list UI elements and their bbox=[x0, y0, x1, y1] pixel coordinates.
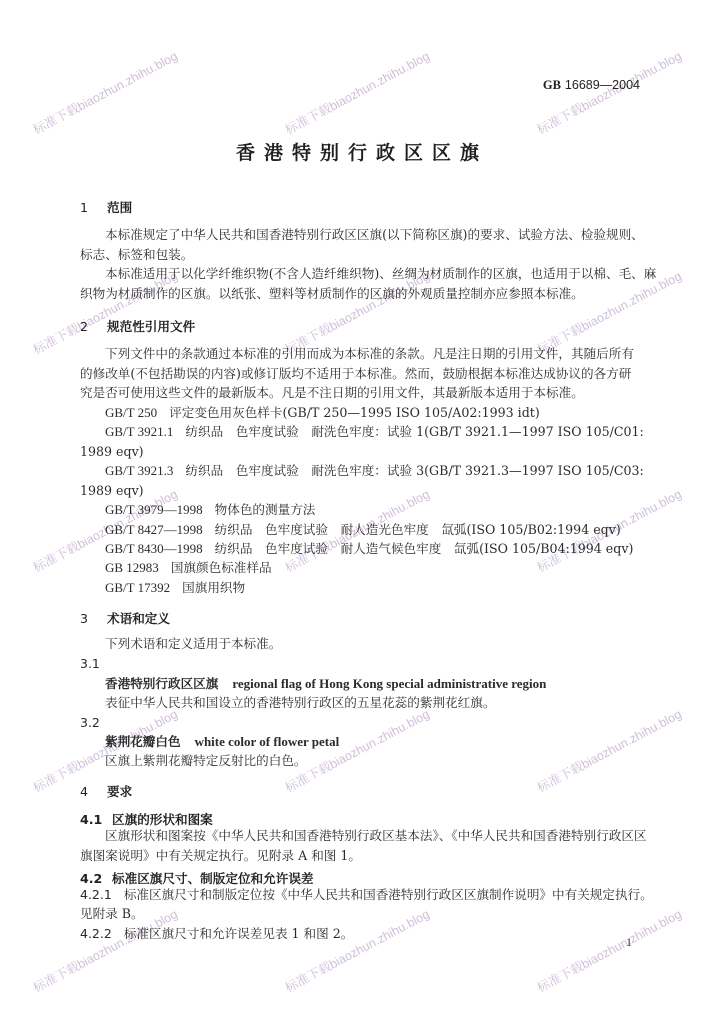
paragraph-line: 下列文件中的条款通过本标准的引用而成为本标准的条款。凡是注日期的引用文件，其随后… bbox=[105, 345, 634, 363]
paragraph-line: 本标准适用于以化学纤维织物(不含人造纤维织物)、丝绸为材质制作的区旗，也适用于以… bbox=[105, 265, 656, 283]
standard-prefix: GB bbox=[543, 78, 561, 92]
paragraph-line: 旗图案说明》中有关规定执行。见附录 A 和图 1。 bbox=[80, 847, 361, 865]
reference-code: GB/T 250 bbox=[105, 404, 157, 422]
reference-code: GB/T 3921.1 bbox=[105, 423, 173, 441]
reference-title: 纺织品 色牢度试验 耐人造气候色牢度 氙弧(ISO 105/B04:1994 e… bbox=[215, 541, 634, 556]
reference-item: GB/T 17392国旗用织物 bbox=[105, 579, 245, 597]
clause-text: 标准区旗尺寸和允许误差见表 1 和图 2。 bbox=[124, 926, 354, 941]
reference-title: 评定变色用灰色样卡(GB/T 250—1995 ISO 105/A02:1993… bbox=[169, 405, 540, 420]
section-number: 2 bbox=[80, 319, 107, 334]
clause-4-2-1: 4.2.1标准区旗尺寸和制版定位按《中华人民共和国香港特别行政区区旗制作说明》中… bbox=[80, 886, 653, 904]
subsection-heading-4-2: 4.2标准区旗尺寸、制版定位和允许误差 bbox=[80, 868, 314, 887]
clause-4-2-2: 4.2.2标准区旗尺寸和允许误差见表 1 和图 2。 bbox=[80, 925, 353, 943]
term-entry: 紫荆花瓣白色white color of flower petal bbox=[105, 733, 339, 751]
clause-text: 标准区旗尺寸和制版定位按《中华人民共和国香港特别行政区区旗制作说明》中有关规定执… bbox=[124, 887, 653, 902]
section-title: 要求 bbox=[107, 784, 132, 799]
paragraph-line: 织物为材质制作的区旗。以纸张、塑料等材质制作的区旗的外观质量控制亦应参照本标准。 bbox=[80, 285, 584, 303]
reference-continuation: 1989 eqv) bbox=[80, 443, 144, 461]
reference-item: GB/T 250评定变色用灰色样卡(GB/T 250—1995 ISO 105/… bbox=[105, 404, 540, 422]
reference-code: GB 12983 bbox=[105, 559, 159, 577]
watermark: 标准下载biaozhun.zhihu.blog bbox=[534, 904, 685, 996]
standard-code: GB16689—2004 bbox=[543, 78, 640, 93]
document-title: 香港特别行政区区旗 bbox=[0, 138, 724, 165]
watermark: 标准下载biaozhun.zhihu.blog bbox=[282, 46, 433, 138]
clause-number: 4.2.1 bbox=[80, 887, 112, 902]
reference-code: GB/T 3979—1998 bbox=[105, 501, 203, 519]
section-heading-2: 2规范性引用文件 bbox=[80, 316, 195, 335]
term-entry: 香港特别行政区区旗regional flag of Hong Kong spec… bbox=[105, 675, 546, 693]
section-title: 范围 bbox=[107, 200, 132, 215]
term-english: white color of flower petal bbox=[195, 734, 340, 749]
subsection-title: 区旗的形状和图案 bbox=[112, 812, 213, 827]
standard-number: 16689—2004 bbox=[565, 78, 640, 92]
section-title: 规范性引用文件 bbox=[107, 319, 195, 334]
reference-continuation: 1989 eqv) bbox=[80, 482, 144, 500]
reference-title: 纺织品 色牢度试验 耐洗色牢度：试验 1(GB/T 3921.1—1997 IS… bbox=[185, 424, 643, 439]
reference-title: 国旗颜色标准样品 bbox=[171, 560, 272, 575]
section-title: 术语和定义 bbox=[107, 611, 170, 626]
reference-code: GB/T 8430—1998 bbox=[105, 540, 203, 558]
section-number: 3 bbox=[80, 611, 107, 626]
paragraph-line: 的修改单(不包括勘误的内容)或修订版均不适用于本标准。然而，鼓励根据本标准达成协… bbox=[80, 365, 631, 383]
section-heading-4: 4要求 bbox=[80, 781, 132, 800]
reference-title: 国旗用织物 bbox=[182, 580, 245, 595]
term-number: 3.1 bbox=[80, 655, 100, 673]
subsection-number: 4.1 bbox=[80, 812, 112, 827]
paragraph-line: 本标准规定了中华人民共和国香港特别行政区区旗(以下简称区旗)的要求、试验方法、检… bbox=[105, 226, 644, 244]
subsection-title: 标准区旗尺寸、制版定位和允许误差 bbox=[112, 871, 314, 886]
reference-code: GB/T 8427—1998 bbox=[105, 521, 203, 539]
term-english: regional flag of Hong Kong special admin… bbox=[232, 676, 546, 691]
reference-item: GB/T 3979—1998物体色的测量方法 bbox=[105, 501, 315, 519]
document-page: 标准下载biaozhun.zhihu.blog 标准下载biaozhun.zhi… bbox=[0, 0, 724, 1024]
reference-item: GB/T 8430—1998纺织品 色牢度试验 耐人造气候色牢度 氙弧(ISO … bbox=[105, 540, 633, 558]
paragraph-line: 区旗形状和图案按《中华人民共和国香港特别行政区基本法》、《中华人民共和国香港特别… bbox=[105, 827, 647, 845]
term-definition: 区旗上紫荆花瓣特定反射比的白色。 bbox=[105, 752, 307, 770]
term-number: 3.2 bbox=[80, 714, 100, 732]
page-number: 1 bbox=[626, 935, 632, 950]
reference-item: GB/T 8427—1998纺织品 色牢度试验 耐人造光色牢度 氙弧(ISO 1… bbox=[105, 521, 621, 539]
term-definition: 表征中华人民共和国设立的香港特别行政区的五星花蕊的紫荆花红旗。 bbox=[105, 694, 495, 712]
watermark: 标准下载biaozhun.zhihu.blog bbox=[282, 904, 433, 996]
subsection-number: 4.2 bbox=[80, 871, 112, 886]
section-heading-3: 3术语和定义 bbox=[80, 608, 170, 627]
paragraph-line: 见附录 B。 bbox=[80, 905, 144, 923]
clause-number: 4.2.2 bbox=[80, 926, 112, 941]
watermark: 标准下载biaozhun.zhihu.blog bbox=[30, 46, 181, 138]
reference-item: GB/T 3921.3纺织品 色牢度试验 耐洗色牢度：试验 3(GB/T 392… bbox=[105, 462, 644, 480]
subsection-heading-4-1: 4.1区旗的形状和图案 bbox=[80, 809, 213, 828]
paragraph-line: 下列术语和定义适用于本标准。 bbox=[105, 635, 281, 653]
term-chinese: 紫荆花瓣白色 bbox=[105, 734, 181, 749]
section-number: 1 bbox=[80, 200, 107, 215]
reference-title: 纺织品 色牢度试验 耐人造光色牢度 氙弧(ISO 105/B02:1994 eq… bbox=[215, 522, 621, 537]
reference-title: 纺织品 色牢度试验 耐洗色牢度：试验 3(GB/T 3921.3—1997 IS… bbox=[185, 463, 643, 478]
reference-item: GB/T 3921.1纺织品 色牢度试验 耐洗色牢度：试验 1(GB/T 392… bbox=[105, 423, 644, 441]
term-chinese: 香港特别行政区区旗 bbox=[105, 676, 218, 691]
reference-code: GB/T 17392 bbox=[105, 579, 170, 597]
reference-code: GB/T 3921.3 bbox=[105, 462, 173, 480]
watermark: 标准下载biaozhun.zhihu.blog bbox=[534, 704, 685, 796]
paragraph-line: 究是否可使用这些文件的最新版本。凡是不注日期的引用文件，其最新版本适用于本标准。 bbox=[80, 384, 584, 402]
section-number: 4 bbox=[80, 784, 107, 799]
reference-title: 物体色的测量方法 bbox=[215, 502, 316, 517]
section-heading-1: 1范围 bbox=[80, 197, 132, 216]
paragraph-line: 标志、标签和包装。 bbox=[80, 246, 193, 264]
reference-item: GB 12983国旗颜色标准样品 bbox=[105, 559, 272, 577]
